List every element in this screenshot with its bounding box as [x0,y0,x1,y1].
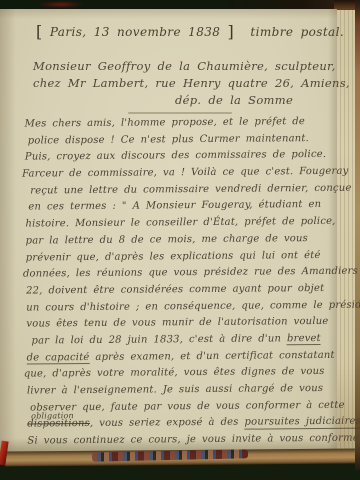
correction-wrap: obligationdispositions [27,416,90,433]
top-shadow-band [0,0,360,9]
header-bracket-close: ] [228,22,235,41]
address-line-1: Monsieur Geoffroy de la Chaumière, sculp… [33,58,350,75]
line-text: après examen, et d'un certificat constat… [89,349,334,362]
crease-line [128,112,232,114]
inserted-word: obligation [31,409,74,426]
line-text: , vous seriez exposé à des [90,417,245,429]
header-date: Paris, 13 novembre 1838 [50,25,220,39]
album-photo: [ Paris, 13 novembre 1838 ] timbre posta… [0,0,360,480]
header-postal-note: timbre postal. [250,25,344,39]
manuscript-line: Si vous continuez ce cours, je vous invi… [27,431,360,451]
underlined-phrase: de capacité [27,352,90,365]
letter-body: Mes chers amis, l'homme propose, et le p… [25,113,360,450]
address-line-2: chez Mr Lambert, rue Henry quatre 26, Am… [33,75,350,92]
header-bracket-open: [ [36,22,43,41]
manuscript-line: histoire. Monsieur le conseiller d'État,… [25,214,360,234]
letter-header: [ Paris, 13 novembre 1838 ] timbre posta… [36,22,344,41]
red-wax-smudge [40,1,82,8]
underlined-phrase: brevet [287,333,321,346]
line-text: par la loi du 28 juin 1833, c'est à dire… [31,333,287,346]
address-block: Monsieur Geoffroy de la Chaumière, sculp… [33,58,350,109]
address-line-3: dép. de la Somme [175,92,350,109]
underlined-phrase: poursuites judiciaires [244,416,360,430]
paper-page: [ Paris, 13 novembre 1838 ] timbre posta… [0,9,337,452]
